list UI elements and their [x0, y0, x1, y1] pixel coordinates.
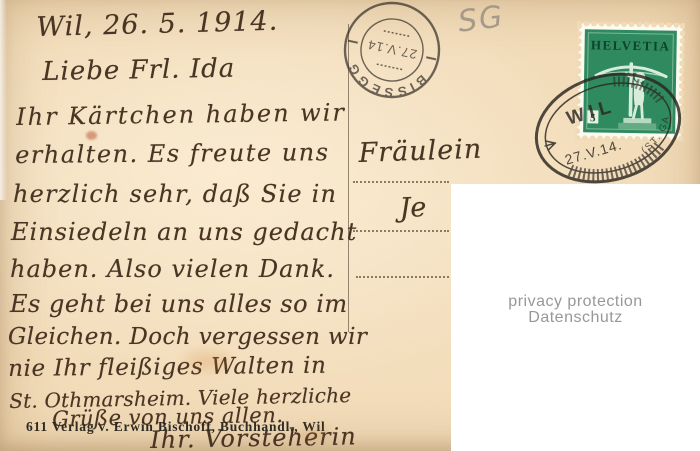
message-line: erhalten. Es freute uns [15, 138, 330, 169]
privacy-overlay: privacy protection Datenschutz [451, 184, 700, 451]
postcard-photo: Wil, 26. 5. 1914. Liebe Frl. Ida Ihr Kär… [0, 0, 700, 451]
message-line: Wil, 26. 5. 1914. [36, 6, 279, 43]
message-line: nie Ihr fleißiges Walten in [8, 353, 327, 382]
message-line: haben. Also vielen Dank. [10, 255, 335, 283]
message-line: Es geht bei uns alles so im [10, 290, 348, 318]
message-line: Gleichen. Doch vergessen wir [8, 324, 367, 350]
address-salutation: Fräulein [358, 134, 483, 169]
bissegg-postmark-place: BISSEGG [338, 56, 431, 108]
publisher-imprint: 611 Verlag v. Erwin Bischoff, Buchhandl.… [26, 419, 326, 435]
paper-stain [185, 352, 229, 370]
bissegg-postmark-date: 27.V.14 [366, 37, 419, 62]
address-dotted-line [356, 276, 449, 278]
paper-stain [298, 428, 330, 440]
address-dotted-line [353, 181, 449, 183]
message-line: Ihr Kärtchen haben wir [16, 98, 346, 131]
address-name-fragment: Je [399, 192, 427, 224]
wil-postmark-place: WIL [564, 96, 618, 130]
address-dotted-line [353, 230, 449, 232]
bissegg-postmark: BISSEGG 27.V.14 [320, 0, 464, 122]
message-line: herzlich sehr, daß Sie in [13, 180, 337, 208]
privacy-text-de: Datenschutz [451, 310, 700, 326]
privacy-text-en: privacy protection [451, 294, 700, 310]
postcard-left-edge [0, 0, 7, 200]
svg-text:BISSEGG: BISSEGG [338, 56, 431, 108]
wil-postmark: WIL 27.V.14. (ST. GALLEN) [530, 70, 690, 190]
message-line: Einsiedeln an uns gedacht [11, 218, 357, 246]
wil-postmark-date: 27.V.14. [563, 136, 624, 168]
stamp-country-label: HELVETIA [591, 37, 671, 53]
paper-stain [86, 131, 97, 140]
message-line: Liebe Frl. Ida [42, 54, 235, 87]
